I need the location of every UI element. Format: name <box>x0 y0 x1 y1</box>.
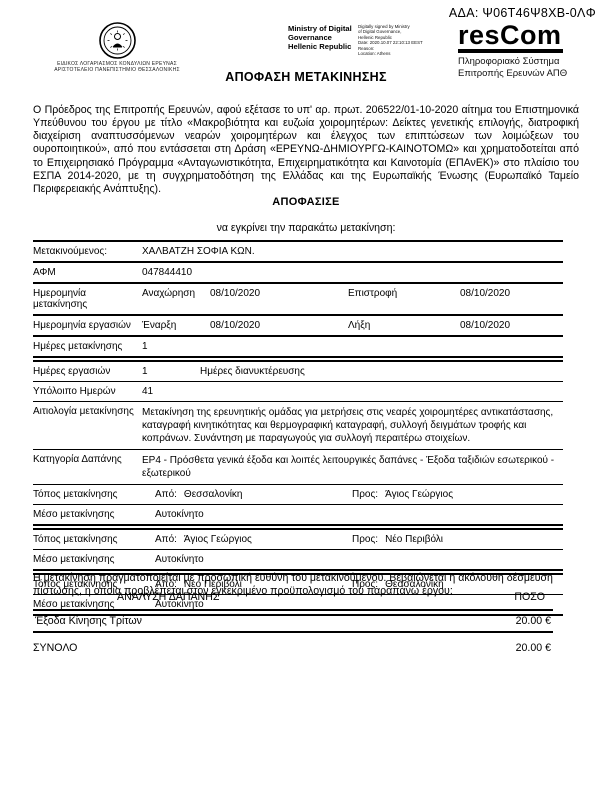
leg1-mode: Αυτοκίνητο <box>155 509 563 520</box>
row-label: Ημερομηνία μετακίνησης <box>33 288 142 310</box>
leg2-to: Προς:Νέο Περιβόλι <box>352 534 563 545</box>
decision-subheading: να εγκρίνει την παρακάτω μετακίνηση: <box>0 222 612 234</box>
from-place: Άγιος Γεώργιος <box>184 534 252 545</box>
departure-label: Αναχώρηση <box>142 288 210 299</box>
ministry-name: Ministry of Digital Governance Hellenic … <box>288 24 352 56</box>
digital-signature-stamp: Digitally signed by Ministry of Digital … <box>358 24 430 56</box>
to-label: Προς: <box>352 489 378 500</box>
expense-amount-label: ΠΟΣΟ <box>514 591 545 603</box>
leg1-to: Προς:Άγιος Γεώργιος <box>352 489 563 500</box>
table-row-justification: Αιτιολογία μετακίνησης Μετακίνηση της ερ… <box>33 402 563 450</box>
remaining-days-value: 41 <box>142 386 563 397</box>
signature-line: Location: Athens <box>358 51 430 56</box>
expense-total-label: ΣΥΝΟΛΟ <box>33 642 77 654</box>
from-place: Θεσσαλονίκη <box>184 489 243 500</box>
work-details-table: Ημέρες εργασιών 1 Ημέρες διανυκτέρευσης … <box>33 360 563 526</box>
start-date: 08/10/2020 <box>210 320 348 331</box>
expense-row: Έξοδα Κίνησης Τρίτων 20.00 € <box>33 609 553 633</box>
return-label: Επιστροφή <box>348 288 460 299</box>
table-row-remaining-days: Υπόλοιπο Ημερών 41 <box>33 382 563 402</box>
table-row-traveler: Μετακινούμενος: ΧΑΛΒΑΤΖΗ ΣΟΦΙΑ ΚΩΝ. <box>33 242 563 263</box>
table-row-leg1-place: Τόπος μετακίνησης Από:Θεσσαλονίκη Προς:Ά… <box>33 485 563 505</box>
leg2-table: Τόπος μετακίνησης Από:Άγιος Γεώργιος Προ… <box>33 528 563 571</box>
expense-header-row: ΑΝΑΛΥΣΗ ΔΑΠΑΝΗΣ ΠΟΣΟ <box>33 591 553 609</box>
table-row-leg1-mode: Μέσο μετακίνησης Αυτοκίνητο <box>33 505 563 524</box>
expense-item-label: Έξοδα Κίνησης Τρίτων <box>35 615 142 627</box>
research-account-seal-block: ΕΙΔΙΚΟΣ ΛΟΓΑΡΙΑΣΜΟΣ ΚΟΝΔΥΛΙΩΝ ΕΡΕΥΝΑΣ ΑΡ… <box>24 22 210 73</box>
table-row-work-days: Ημέρες εργασιών 1 Ημέρες διανυκτέρευσης <box>33 362 563 382</box>
expense-total-row: ΣΥΝΟΛΟ 20.00 € <box>33 633 553 654</box>
row-label: Τόπος μετακίνησης <box>33 489 155 500</box>
justification-text: Μετακίνηση της ερευνητικής ομάδας για με… <box>142 406 563 445</box>
row-label: Ημερομηνία εργασιών <box>33 320 142 331</box>
table-row-afm: ΑΦΜ 047844410 <box>33 263 563 284</box>
expense-total-amount: 20.00 € <box>516 642 551 654</box>
row-label: Αιτιολογία μετακίνησης <box>33 406 142 417</box>
leg2-mode: Αυτοκίνητο <box>155 554 563 565</box>
ministry-signature-block: Ministry of Digital Governance Hellenic … <box>288 24 430 56</box>
row-label: ΑΦΜ <box>33 267 142 278</box>
page-title: ΑΠΟΦΑΣΗ ΜΕΤΑΚΙΝΗΣΗΣ <box>0 70 612 84</box>
table-row-leg2-mode: Μέσο μετακίνησης Αυτοκίνητο <box>33 550 563 569</box>
rescom-subtitle-line1: Πληροφοριακό Σύστημα <box>458 56 596 68</box>
expense-analysis-label: ΑΝΑΛΥΣΗ ΔΑΠΑΝΗΣ <box>117 591 219 603</box>
row-label: Ημέρες εργασιών <box>33 366 142 377</box>
ministry-line: Ministry of Digital <box>288 24 352 33</box>
work-days-value: 1 <box>142 366 200 377</box>
end-label: Λήξη <box>348 320 460 331</box>
afm-value: 047844410 <box>142 267 563 278</box>
row-label: Υπόλοιπο Ημερών <box>33 386 142 397</box>
table-row-leg2-place: Τόπος μετακίνησης Από:Άγιος Γεώργιος Προ… <box>33 530 563 550</box>
ministry-line: Governance <box>288 33 352 42</box>
start-label: Έναρξη <box>142 320 210 331</box>
from-label: Από: <box>155 534 177 545</box>
table-row-travel-dates: Ημερομηνία μετακίνησης Αναχώρηση 08/10/2… <box>33 284 563 316</box>
university-seal-icon <box>99 22 136 59</box>
movement-details-table: Μετακινούμενος: ΧΑΛΒΑΤΖΗ ΣΟΦΙΑ ΚΩΝ. ΑΦΜ … <box>33 240 563 618</box>
to-place: Άγιος Γεώργιος <box>385 489 453 500</box>
ministry-line: Hellenic Republic <box>288 42 352 51</box>
departure-date: 08/10/2020 <box>210 288 348 299</box>
to-place: Νέο Περιβόλι <box>385 534 443 545</box>
signature-line: Date: 2020.10.07 22:10:13 EEST <box>358 40 430 45</box>
leg2-from: Από:Άγιος Γεώργιος <box>155 534 352 545</box>
table-row-work-dates: Ημερομηνία εργασιών Έναρξη 08/10/2020 Λή… <box>33 316 563 337</box>
travel-days-value: 1 <box>142 341 563 352</box>
traveler-name: ΧΑΛΒΑΤΖΗ ΣΟΦΙΑ ΚΩΝ. <box>142 246 563 257</box>
decision-document-page: ΑΔΑ: Ψ06Τ46Ψ8ΧΒ-0ΛΦ ΕΙΔΙΚΟΣ ΛΟΓΑΡΙΑΣΜΟΣ … <box>0 0 612 792</box>
decision-heading: ΑΠΟΦΑΣΙΣΕ <box>0 196 612 208</box>
return-date: 08/10/2020 <box>460 288 563 299</box>
row-label: Τόπος μετακίνησης <box>33 534 155 545</box>
expense-category-text: ΕΡ4 - Πρόσθετα γενικά έξοδα και λοιπές λ… <box>142 454 563 480</box>
leg1-from: Από:Θεσσαλονίκη <box>155 489 352 500</box>
from-label: Από: <box>155 489 177 500</box>
to-label: Προς: <box>352 534 378 545</box>
traveler-info-table: Μετακινούμενος: ΧΑΛΒΑΤΖΗ ΣΟΦΙΑ ΚΩΝ. ΑΦΜ … <box>33 240 563 358</box>
table-row-expense-category: Κατηγορία Δαπάνης ΕΡ4 - Πρόσθετα γενικά … <box>33 450 563 485</box>
row-label: Ημέρες μετακίνησης <box>33 341 142 352</box>
rescom-logo: resCom <box>458 24 563 53</box>
expense-analysis-table: ΑΝΑΛΥΣΗ ΔΑΠΑΝΗΣ ΠΟΣΟ Έξοδα Κίνησης Τρίτω… <box>33 591 553 654</box>
row-label: Κατηγορία Δαπάνης <box>33 454 142 465</box>
expense-item-amount: 20.00 € <box>516 615 551 627</box>
ada-code: ΑΔΑ: Ψ06Τ46Ψ8ΧΒ-0ΛΦ <box>449 6 596 20</box>
intro-paragraph: Ο Πρόεδρος της Επιτροπής Ερευνών, αφού ε… <box>33 104 579 197</box>
row-label: Μέσο μετακίνησης <box>33 554 155 565</box>
table-row-travel-days: Ημέρες μετακίνησης 1 <box>33 337 563 356</box>
overnight-label: Ημέρες διανυκτέρευσης <box>200 366 563 377</box>
end-date: 08/10/2020 <box>460 320 563 331</box>
row-label: Μέσο μετακίνησης <box>33 509 155 520</box>
row-label: Μετακινούμενος: <box>33 246 142 257</box>
